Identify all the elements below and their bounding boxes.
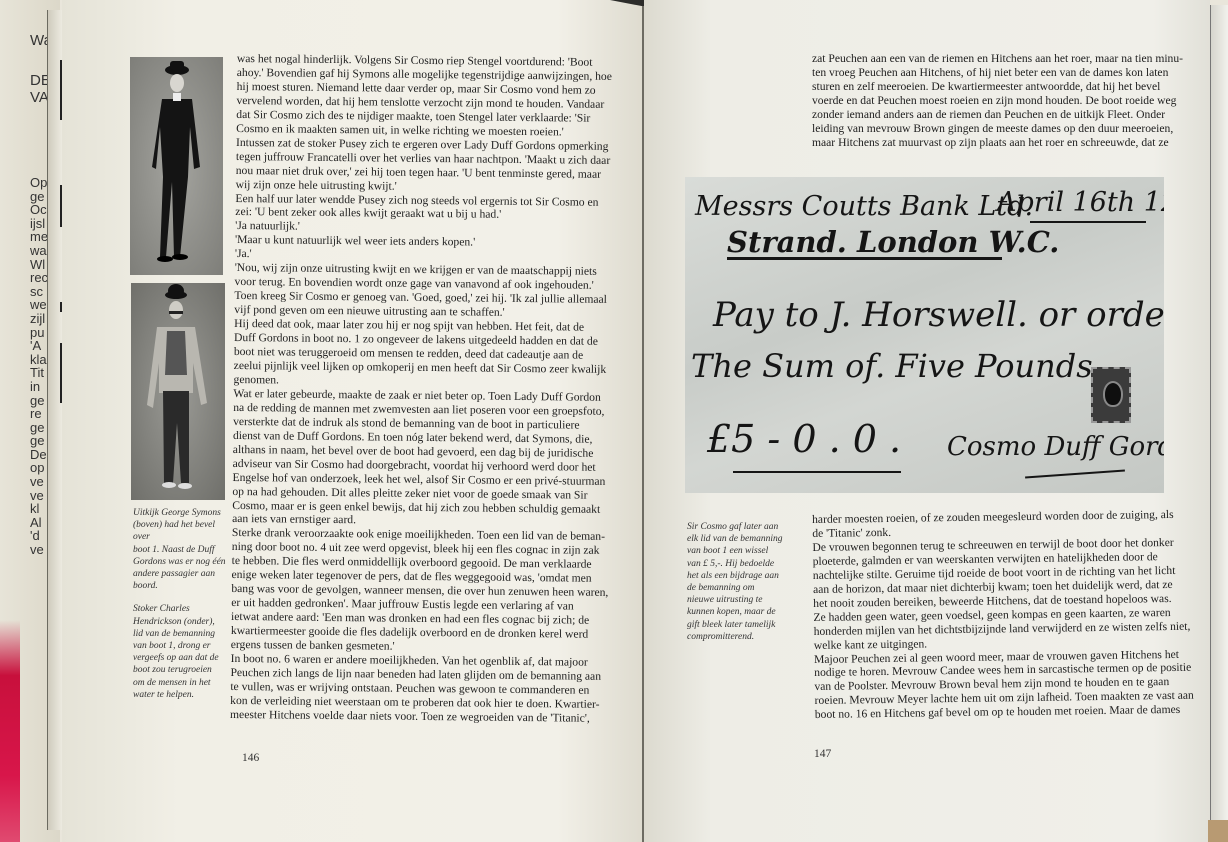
page-edge-left — [47, 10, 62, 830]
caption-line: andere passagier aan — [133, 568, 233, 580]
cheque-signature: Cosmo Duff Gordon — [947, 432, 1164, 462]
caption-line: het als een bijdrage aan — [687, 570, 787, 582]
underline — [733, 471, 901, 473]
underline — [727, 257, 1002, 260]
photo-charles-hendrickson — [131, 283, 225, 500]
background-text-line: in — [30, 380, 48, 394]
caption-line: Hendrickson (onder), — [133, 616, 233, 628]
cheque-pay-line: Pay to J. Horswell. or order. — [713, 295, 1164, 335]
background-text-line: De — [30, 448, 48, 462]
caption-line: boot 1. Naast de Duff — [133, 544, 233, 556]
photo-captions-left: Uitkijk George Symons(boven) had het bev… — [133, 507, 233, 712]
text-line: sturen en zelf meeroeien. De kwartiermee… — [812, 80, 1165, 94]
background-text-line: 'A — [30, 339, 48, 353]
text-line: maar Hitchens zat muurvast op zijn plaat… — [812, 136, 1165, 150]
background-text-line: Wl — [30, 258, 48, 272]
caption-line: om de mensen in het — [133, 677, 233, 689]
background-text-line: ve — [30, 489, 48, 503]
background-text-line: ge — [30, 421, 48, 435]
caption-line: Sir Cosmo gaf later aan — [687, 521, 787, 533]
caption-line: (boven) had het bevel over — [133, 519, 233, 543]
cheque-date: April 16th 12. — [997, 187, 1164, 218]
background-text-line: sc — [30, 285, 48, 299]
background-text-line: Al — [30, 516, 48, 530]
background-text-line: pu — [30, 326, 48, 340]
cheque-caption: Sir Cosmo gaf later aanelk lid van de be… — [687, 521, 787, 643]
caption-line: lid van de bemanning — [133, 628, 233, 640]
caption-line: nieuwe uitrusting te — [687, 594, 787, 606]
caption-line: van boot 1 een wissel — [687, 545, 787, 557]
background-text-line: re — [30, 407, 48, 421]
background-text-line: 'd — [30, 529, 48, 543]
background-text-line: op — [30, 461, 48, 475]
background-text-line: kl — [30, 502, 48, 516]
caption-hendrickson: Stoker CharlesHendrickson (onder),lid va… — [133, 603, 233, 701]
background-text-line: Op — [30, 176, 48, 190]
background-text-line: Oc — [30, 203, 48, 217]
background-text-line: ge — [30, 434, 48, 448]
caption-line: van £ 5,-. Hij bedoelde — [687, 558, 787, 570]
page-number-left: 146 — [242, 752, 259, 764]
text-line: zonder iemand anders aan de riemen dan P… — [812, 108, 1165, 122]
background-text-line: kla — [30, 353, 48, 367]
text-line: voerde en dat Peuchen moest roeien en zi… — [812, 94, 1165, 108]
caption-line: water te helpen. — [133, 689, 233, 701]
background-text-line: ge — [30, 190, 48, 204]
caption-line: boord. — [133, 580, 233, 592]
photo-george-symons — [130, 57, 223, 275]
text-line: ten vroeg Peuchen aan Hitchens, of hij n… — [812, 66, 1165, 80]
background-text-line: we — [30, 298, 48, 312]
background-text-line: rec — [30, 271, 48, 285]
background-text-line: ge — [30, 394, 48, 408]
cheque-bank-line: Messrs Coutts Bank Ltd. — [695, 191, 1033, 222]
background-text-line: wa — [30, 244, 48, 258]
caption-line: boot zou terugroeien — [133, 664, 233, 676]
caption-line: elk lid van de bemanning — [687, 533, 787, 545]
caption-symons: Uitkijk George Symons(boven) had het bev… — [133, 507, 233, 592]
page-number-right: 147 — [814, 748, 831, 760]
background-text-line: ve — [30, 475, 48, 489]
revenue-stamp-icon — [1091, 367, 1131, 423]
red-object — [0, 620, 20, 842]
figure-man-dark-suit-icon — [130, 57, 223, 275]
left-page-body-text: was het nogal hinderlijk. Volgens Sir Co… — [230, 52, 612, 726]
caption-line: vergeefs op aan dat de — [133, 652, 233, 664]
text-line: zat Peuchen aan een van de riemen en Hit… — [812, 52, 1165, 66]
cheque-image: Messrs Coutts Bank Ltd. April 16th 12. S… — [685, 177, 1164, 493]
right-page-body-text-bottom: harder moesten roeien, of ze zouden meeg… — [812, 508, 1168, 722]
cheque-address: Strand. London W.C. — [727, 225, 1059, 259]
cheque-amount: £5 - 0 . 0 . — [707, 417, 901, 461]
caption-line: Gordons was er nog één — [133, 556, 233, 568]
caption-line: compromitterend. — [687, 631, 787, 643]
background-text-line: Tit — [30, 366, 48, 380]
right-page-body-text-top: zat Peuchen aan een van de riemen en Hit… — [812, 52, 1165, 150]
caption-line: de bemanning om — [687, 582, 787, 594]
background-text-lines: OpgeOcijslmewaWlrecscwezijlpu'AklaTiting… — [30, 176, 48, 557]
background-text-line: ijsl — [30, 217, 48, 231]
page-edge-right — [1210, 5, 1228, 835]
background-text-line: ve — [30, 543, 48, 557]
background-text-line: me — [30, 230, 48, 244]
caption-line: gift bleek later tamelijk — [687, 619, 787, 631]
caption-line: kunnen kopen, maar de — [687, 606, 787, 618]
caption-line: Uitkijk George Symons — [133, 507, 233, 519]
background-text-line: zijl — [30, 312, 48, 326]
text-line: leiding van mevrouw Brown gingen de mees… — [812, 122, 1165, 136]
underline — [1030, 221, 1146, 223]
figure-man-light-jacket-icon — [131, 283, 225, 500]
caption-line: Stoker Charles — [133, 603, 233, 615]
signature-flourish — [1025, 470, 1125, 479]
caption-line: van boot 1, drong er — [133, 640, 233, 652]
cheque-sum-line: The Sum of. Five Pounds. — [691, 347, 1103, 385]
table-surface — [1208, 820, 1228, 842]
